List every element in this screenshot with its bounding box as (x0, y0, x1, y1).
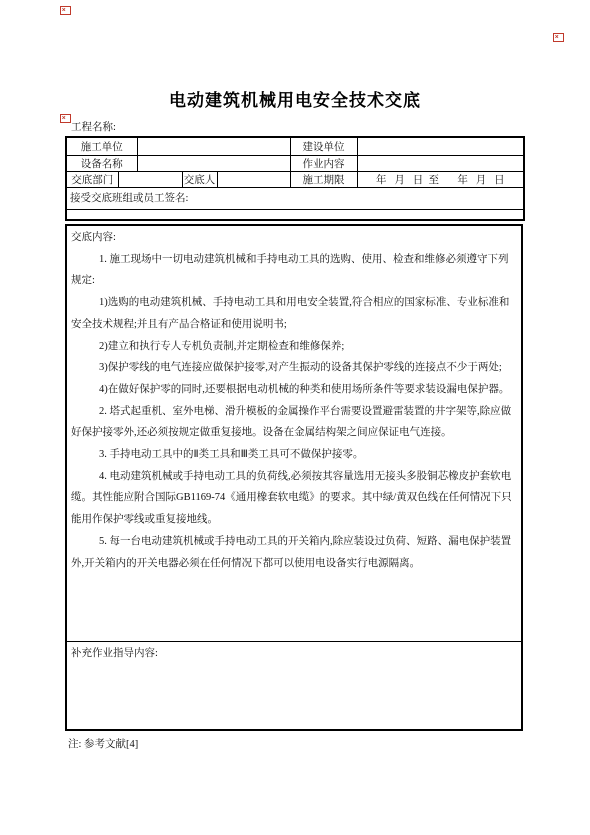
signature-label: 接受交底班组或员工签名: (66, 187, 524, 209)
content-paragraph: 5. 每一台电动建筑机械或手持电动工具的开关箱内,除应装设过负荷、短路、漏电保护… (71, 531, 517, 574)
client-unit-label: 建设单位 (290, 137, 357, 155)
page-title: 电动建筑机械用电安全技术交底 (0, 86, 590, 111)
content-table: 交底内容: 1. 施工现场中一切电动建筑机械和手持电动工具的选购、使用、检查和维… (65, 224, 523, 731)
content-paragraph: 3. 手持电动工具中的Ⅱ类工具和Ⅲ类工具可不做保护接零。 (71, 444, 517, 466)
content-paragraph: 1)选购的电动建筑机械、手持电动工具和用电安全装置,符合相应的国家标准、专业标准… (71, 292, 517, 335)
content-paragraph: 3)保护零线的电气连接应做保护接零,对产生振动的设备其保护零线的连接点不少于两处… (71, 357, 517, 379)
work-content-label: 作业内容 (290, 155, 357, 171)
equipment-name-field[interactable] (137, 155, 290, 171)
content-paragraph: 2)建立和执行专人专机负责制,并定期检查和维修保养; (71, 336, 517, 358)
construction-period-label: 施工期限 (290, 171, 357, 187)
construction-period-field[interactable]: 年 月 日 至 年 月 日 (357, 171, 524, 187)
disclosure-content-body: 1. 施工现场中一切电动建筑机械和手持电动工具的选购、使用、检查和维修必须遵守下… (71, 249, 517, 575)
document-page: 电动建筑机械用电安全技术交底 工程名称: 施工单位 建设单位 设备名称 作业内容… (0, 0, 590, 835)
disclosure-dept-label: 交底部门 (66, 171, 118, 187)
disclosure-content-cell: 交底内容: 1. 施工现场中一切电动建筑机械和手持电动工具的选购、使用、检查和维… (66, 225, 522, 642)
discloser-label: 交底人 (182, 171, 217, 187)
construction-unit-field[interactable] (137, 137, 290, 155)
content-paragraph: 4)在做好保护零的同时,还要根据电动机械的种类和使用场所条件等要求装设漏电保护器… (71, 379, 517, 401)
equipment-name-label: 设备名称 (66, 155, 137, 171)
content-paragraph: 4. 电动建筑机械或手持电动工具的负荷线,必须按其容量选用无接头多股铜芯橡皮护套… (71, 466, 517, 531)
info-table: 施工单位 建设单位 设备名称 作业内容 交底部门 交底人 施工期限 年 月 日 … (65, 136, 525, 221)
supplement-cell[interactable]: 补充作业指导内容: (66, 642, 522, 731)
content-paragraph: 2. 塔式起重机、室外电梯、滑升模板的金属操作平台需要设置避雷装置的井字架等,除… (71, 401, 517, 444)
broken-image-icon (553, 33, 564, 42)
content-paragraph: 1. 施工现场中一切电动建筑机械和手持电动工具的选购、使用、检查和维修必须遵守下… (71, 249, 517, 292)
supplement-heading: 补充作业指导内容: (71, 643, 517, 665)
disclosure-content-heading: 交底内容: (71, 227, 517, 249)
construction-unit-label: 施工单位 (66, 137, 137, 155)
broken-image-icon (60, 114, 71, 123)
signature-blank-row[interactable] (66, 209, 524, 220)
client-unit-field[interactable] (357, 137, 524, 155)
reference-note: 注: 参考文献[4] (68, 736, 138, 751)
disclosure-dept-field[interactable] (118, 171, 182, 187)
work-content-field[interactable] (357, 155, 524, 171)
discloser-field[interactable] (217, 171, 290, 187)
broken-image-icon (60, 6, 71, 15)
project-name-label: 工程名称: (71, 119, 116, 134)
